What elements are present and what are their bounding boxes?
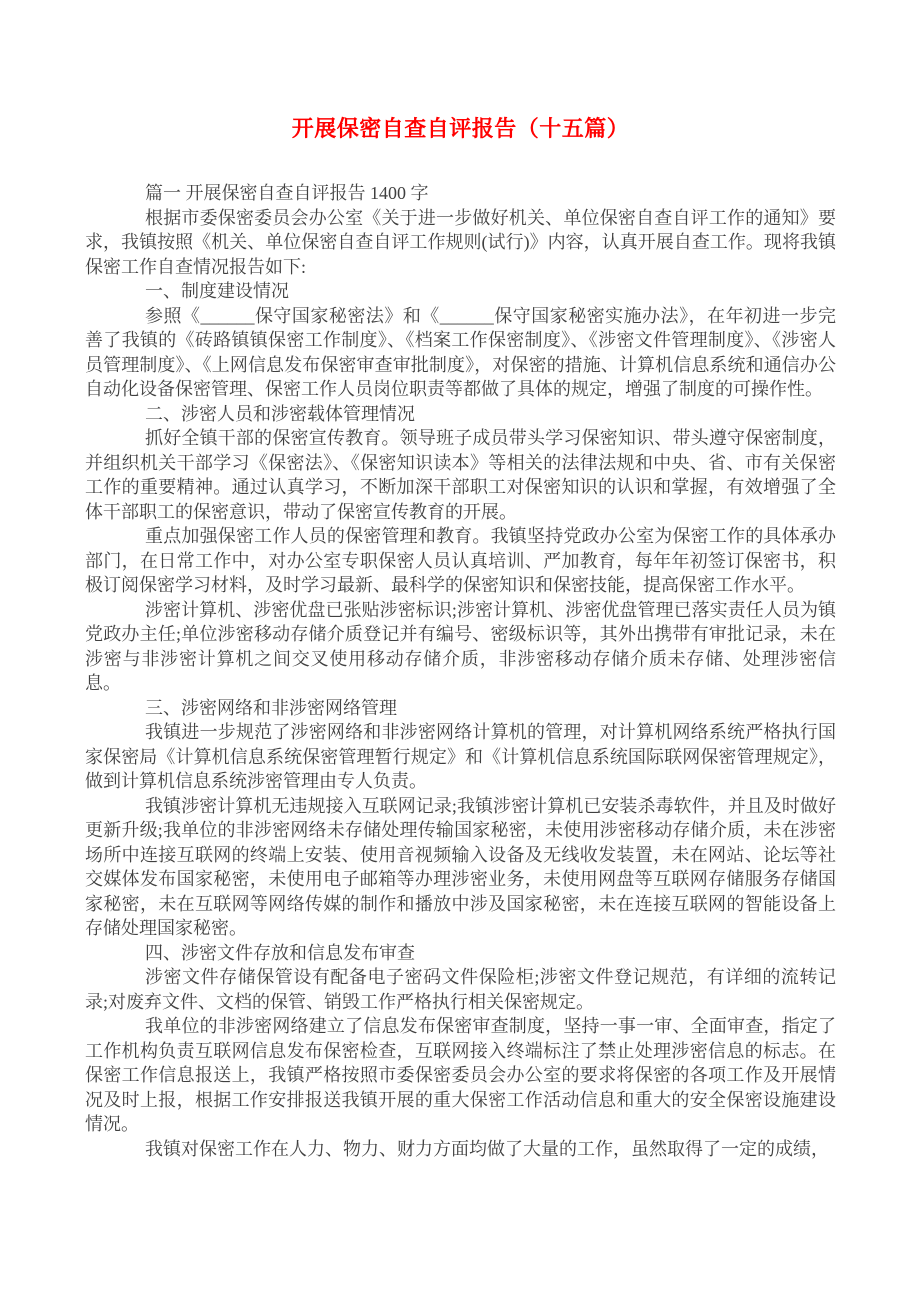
section-heading-2: 二、涉密人员和涉密载体管理情况 bbox=[85, 402, 836, 427]
section-heading-1: 一、制度建设情况 bbox=[85, 279, 836, 304]
document-title: 开展保密自查自评报告（十五篇） bbox=[85, 114, 836, 144]
document-page: 开展保密自查自评报告（十五篇） 篇一 开展保密自查自评报告 1400 字 根据市… bbox=[0, 0, 920, 1302]
article-subtitle: 篇一 开展保密自查自评报告 1400 字 bbox=[85, 181, 836, 206]
section-2-paragraph-2: 重点加强保密工作人员的保密管理和教育。我镇坚持党政办公室为保密工作的具体承办部门… bbox=[85, 524, 836, 598]
intro-paragraph: 根据市委保密委员会办公室《关于进一步做好机关、单位保密自查自评工作的通知》要求，… bbox=[85, 206, 836, 280]
closing-paragraph: 我镇对保密工作在人力、物力、财力方面均做了大量的工作，虽然取得了一定的成绩， bbox=[85, 1137, 836, 1162]
section-4-paragraph-1: 涉密文件存储保管设有配备电子密码文件保险柜;涉密文件登记规范，有详细的流转记录;… bbox=[85, 965, 836, 1014]
section-heading-4: 四、涉密文件存放和信息发布审查 bbox=[85, 941, 836, 966]
section-3-paragraph-1: 我镇进一步规范了涉密网络和非涉密网络计算机的管理，对计算机网络系统严格执行国家保… bbox=[85, 720, 836, 794]
section-3-paragraph-2: 我镇涉密计算机无违规接入互联网记录;我镇涉密计算机已安装杀毒软件，并且及时做好更… bbox=[85, 794, 836, 941]
section-2-paragraph-3: 涉密计算机、涉密优盘已张贴涉密标识;涉密计算机、涉密优盘管理已落实责任人员为镇党… bbox=[85, 598, 836, 696]
section-4-paragraph-2: 我单位的非涉密网络建立了信息发布保密审查制度，坚持一事一审、全面审查，指定了工作… bbox=[85, 1014, 836, 1137]
section-1-paragraph: 参照《______保守国家秘密法》和《______保守国家秘密实施办法》，在年初… bbox=[85, 304, 836, 402]
section-heading-3: 三、涉密网络和非涉密网络管理 bbox=[85, 696, 836, 721]
section-2-paragraph-1: 抓好全镇干部的保密宣传教育。领导班子成员带头学习保密知识、带头遵守保密制度，并组… bbox=[85, 426, 836, 524]
